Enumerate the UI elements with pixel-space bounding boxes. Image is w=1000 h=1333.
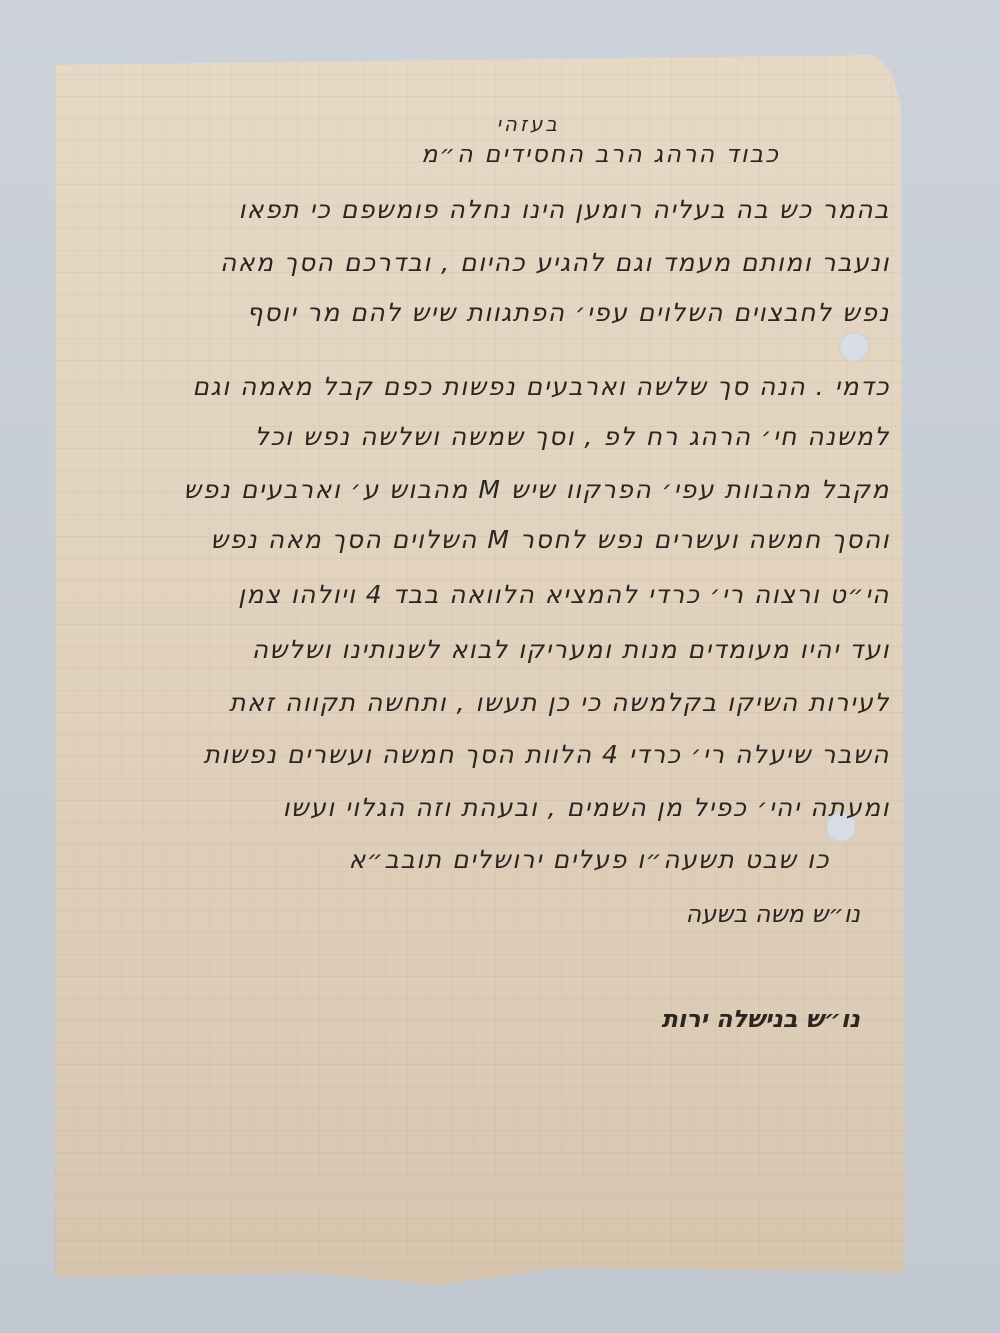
letter-salutation: כבוד הרהג הרב החסידים ה״מ [421, 140, 780, 168]
letter-line: בהמר כש בה בעליה רומען הינו נחלה פומשפם … [238, 195, 890, 224]
punch-hole-top [839, 332, 869, 362]
letter-line: השבר שיעלה רי׳ כרדי 4 הלוות הסך חמשה ועש… [203, 740, 890, 769]
letter-line: למשנה חי׳ הרהג רח לפ , וסך שמשה ושלשה נפ… [255, 422, 890, 451]
letter-line: ומעתה יהי׳ כפיל מן השמים , ובעהת וזה הגל… [283, 793, 890, 822]
letter-line: כו שבט תשעה״ו פעלים ירושלים תובב״א [349, 845, 830, 874]
letter-signature: נו״ש בנישלה ירות [661, 1005, 860, 1033]
letter-line: הי״ט ורצוה רי׳ כרדי להמציא הלוואה בבד 4 … [238, 580, 890, 609]
letter-line: ועד יהיו מעומדים מנות ומעריקו לבוא לשנות… [252, 635, 890, 664]
letter-line: כדמי . הנה סך שלשה וארבעים נפשות כפם קבל… [192, 372, 890, 401]
letter-line: נפש לחבצוים השלוים עפי׳ הפתגוות שיש להם … [247, 298, 890, 327]
letter-header: בעזהי [496, 112, 560, 136]
letter-closing: נו״ש משה בשעה [686, 900, 860, 928]
letter-line: והסך חמשה ועשרים נפש לחסר M השלוים הסך מ… [210, 525, 890, 554]
letter-line: ונעבר ומותם מעמד וגם להגיע כהיום , ובדרכ… [220, 248, 890, 277]
letter-line: לעירות השיקו בקלמשה כי כן תעשו , ותחשה ת… [229, 688, 890, 717]
letter-line: מקבל מהבוות עפי׳ הפרקוו שיש M מהבוש ע׳ ו… [183, 475, 890, 504]
letter-paper [55, 55, 905, 1285]
